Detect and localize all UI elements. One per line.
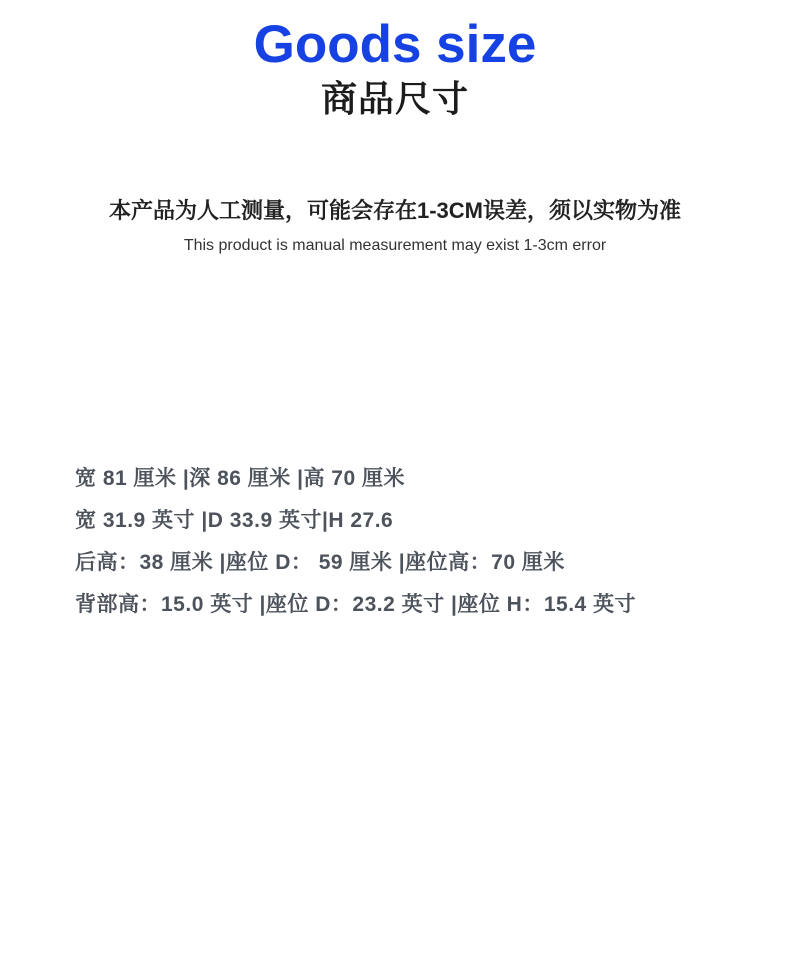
measurement-line-cm: 宽 81 厘米 |深 86 厘米 |高 70 厘米 <box>75 458 750 500</box>
measurement-disclaimer-english: This product is manual measurement may e… <box>0 234 790 258</box>
page-title-english: Goods size <box>0 14 790 76</box>
measurement-line-seat-inch: 背部高：15.0 英寸 |座位 D：23.2 英寸 |座位 H：15.4 英寸 <box>75 584 750 626</box>
measurement-disclaimer-chinese: 本产品为人工测量，可能会存在1-3CM误差，须以实物为准 <box>0 196 790 226</box>
measurement-list: 宽 81 厘米 |深 86 厘米 |高 70 厘米 宽 31.9 英寸 |D 3… <box>75 458 750 626</box>
measurement-line-seat-cm: 后高：38 厘米 |座位 D： 59 厘米 |座位高：70 厘米 <box>75 542 750 584</box>
measurement-line-inch: 宽 31.9 英寸 |D 33.9 英寸|H 27.6 <box>75 500 750 542</box>
goods-size-page: Goods size 商品尺寸 本产品为人工测量，可能会存在1-3CM误差，须以… <box>0 0 790 980</box>
page-title-chinese: 商品尺寸 <box>0 77 790 121</box>
